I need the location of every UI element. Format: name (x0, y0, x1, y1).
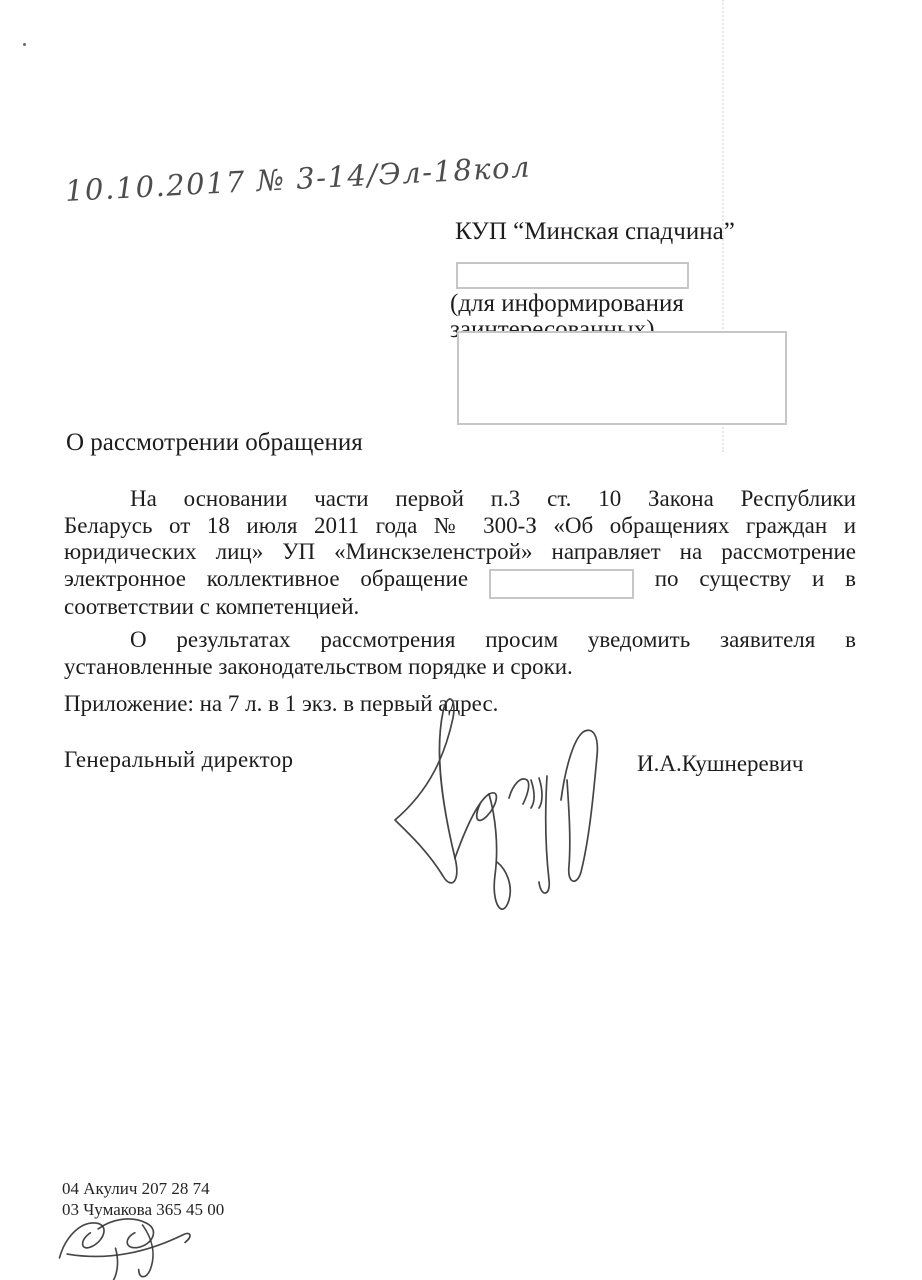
body-text-after-redaction: по существу и в (655, 566, 856, 591)
executor-signature (45, 1198, 215, 1280)
recipient-block: КУП “Минская спадчина” (для информирован… (455, 219, 785, 245)
body-line: соответствии с компетенцией. (64, 594, 856, 621)
scanner-speck (23, 43, 26, 46)
redaction-box-inline (489, 569, 634, 599)
paragraph-request: О результатах рассмотрения просим уведом… (64, 627, 856, 680)
redaction-box-address (456, 262, 689, 289)
letter-subject: О рассмотрении обращения (66, 429, 363, 457)
scanned-letter-page: 10.10.2017 № 3-14/Эл-18кол КУП “Минская … (0, 0, 922, 1280)
redaction-box-applicant (457, 331, 787, 425)
recipient-note-line1: (для информирования (450, 291, 790, 317)
body-line: юридических лиц» УП «Минскзеленстрой» на… (64, 539, 856, 566)
director-signature (385, 680, 625, 925)
body-text-before-redaction: электронное коллективное обращение (64, 566, 468, 591)
body-line: Беларусь от 18 июля 2011 года № 300-З «О… (64, 513, 856, 540)
body-line: На основании части первой п.3 ст. 10 Зак… (64, 486, 856, 513)
footer-contact-line: 04 Акулич 207 28 74 (62, 1178, 224, 1199)
signer-name: И.А.Кушнеревич (637, 751, 804, 777)
signer-title: Генеральный директор (64, 747, 293, 773)
body-line: установленные законодательством порядке … (64, 654, 856, 681)
recipient-name: КУП “Минская спадчина” (455, 219, 785, 245)
body-line: О результатах рассмотрения просим уведом… (64, 627, 856, 654)
handwritten-registration-number: 10.10.2017 № 3-14/Эл-18кол (64, 150, 532, 208)
paragraph-legal-basis: На основании части первой п.3 ст. 10 Зак… (64, 486, 856, 620)
body-line-with-redaction: электронное коллективное обращение по су… (64, 566, 856, 594)
